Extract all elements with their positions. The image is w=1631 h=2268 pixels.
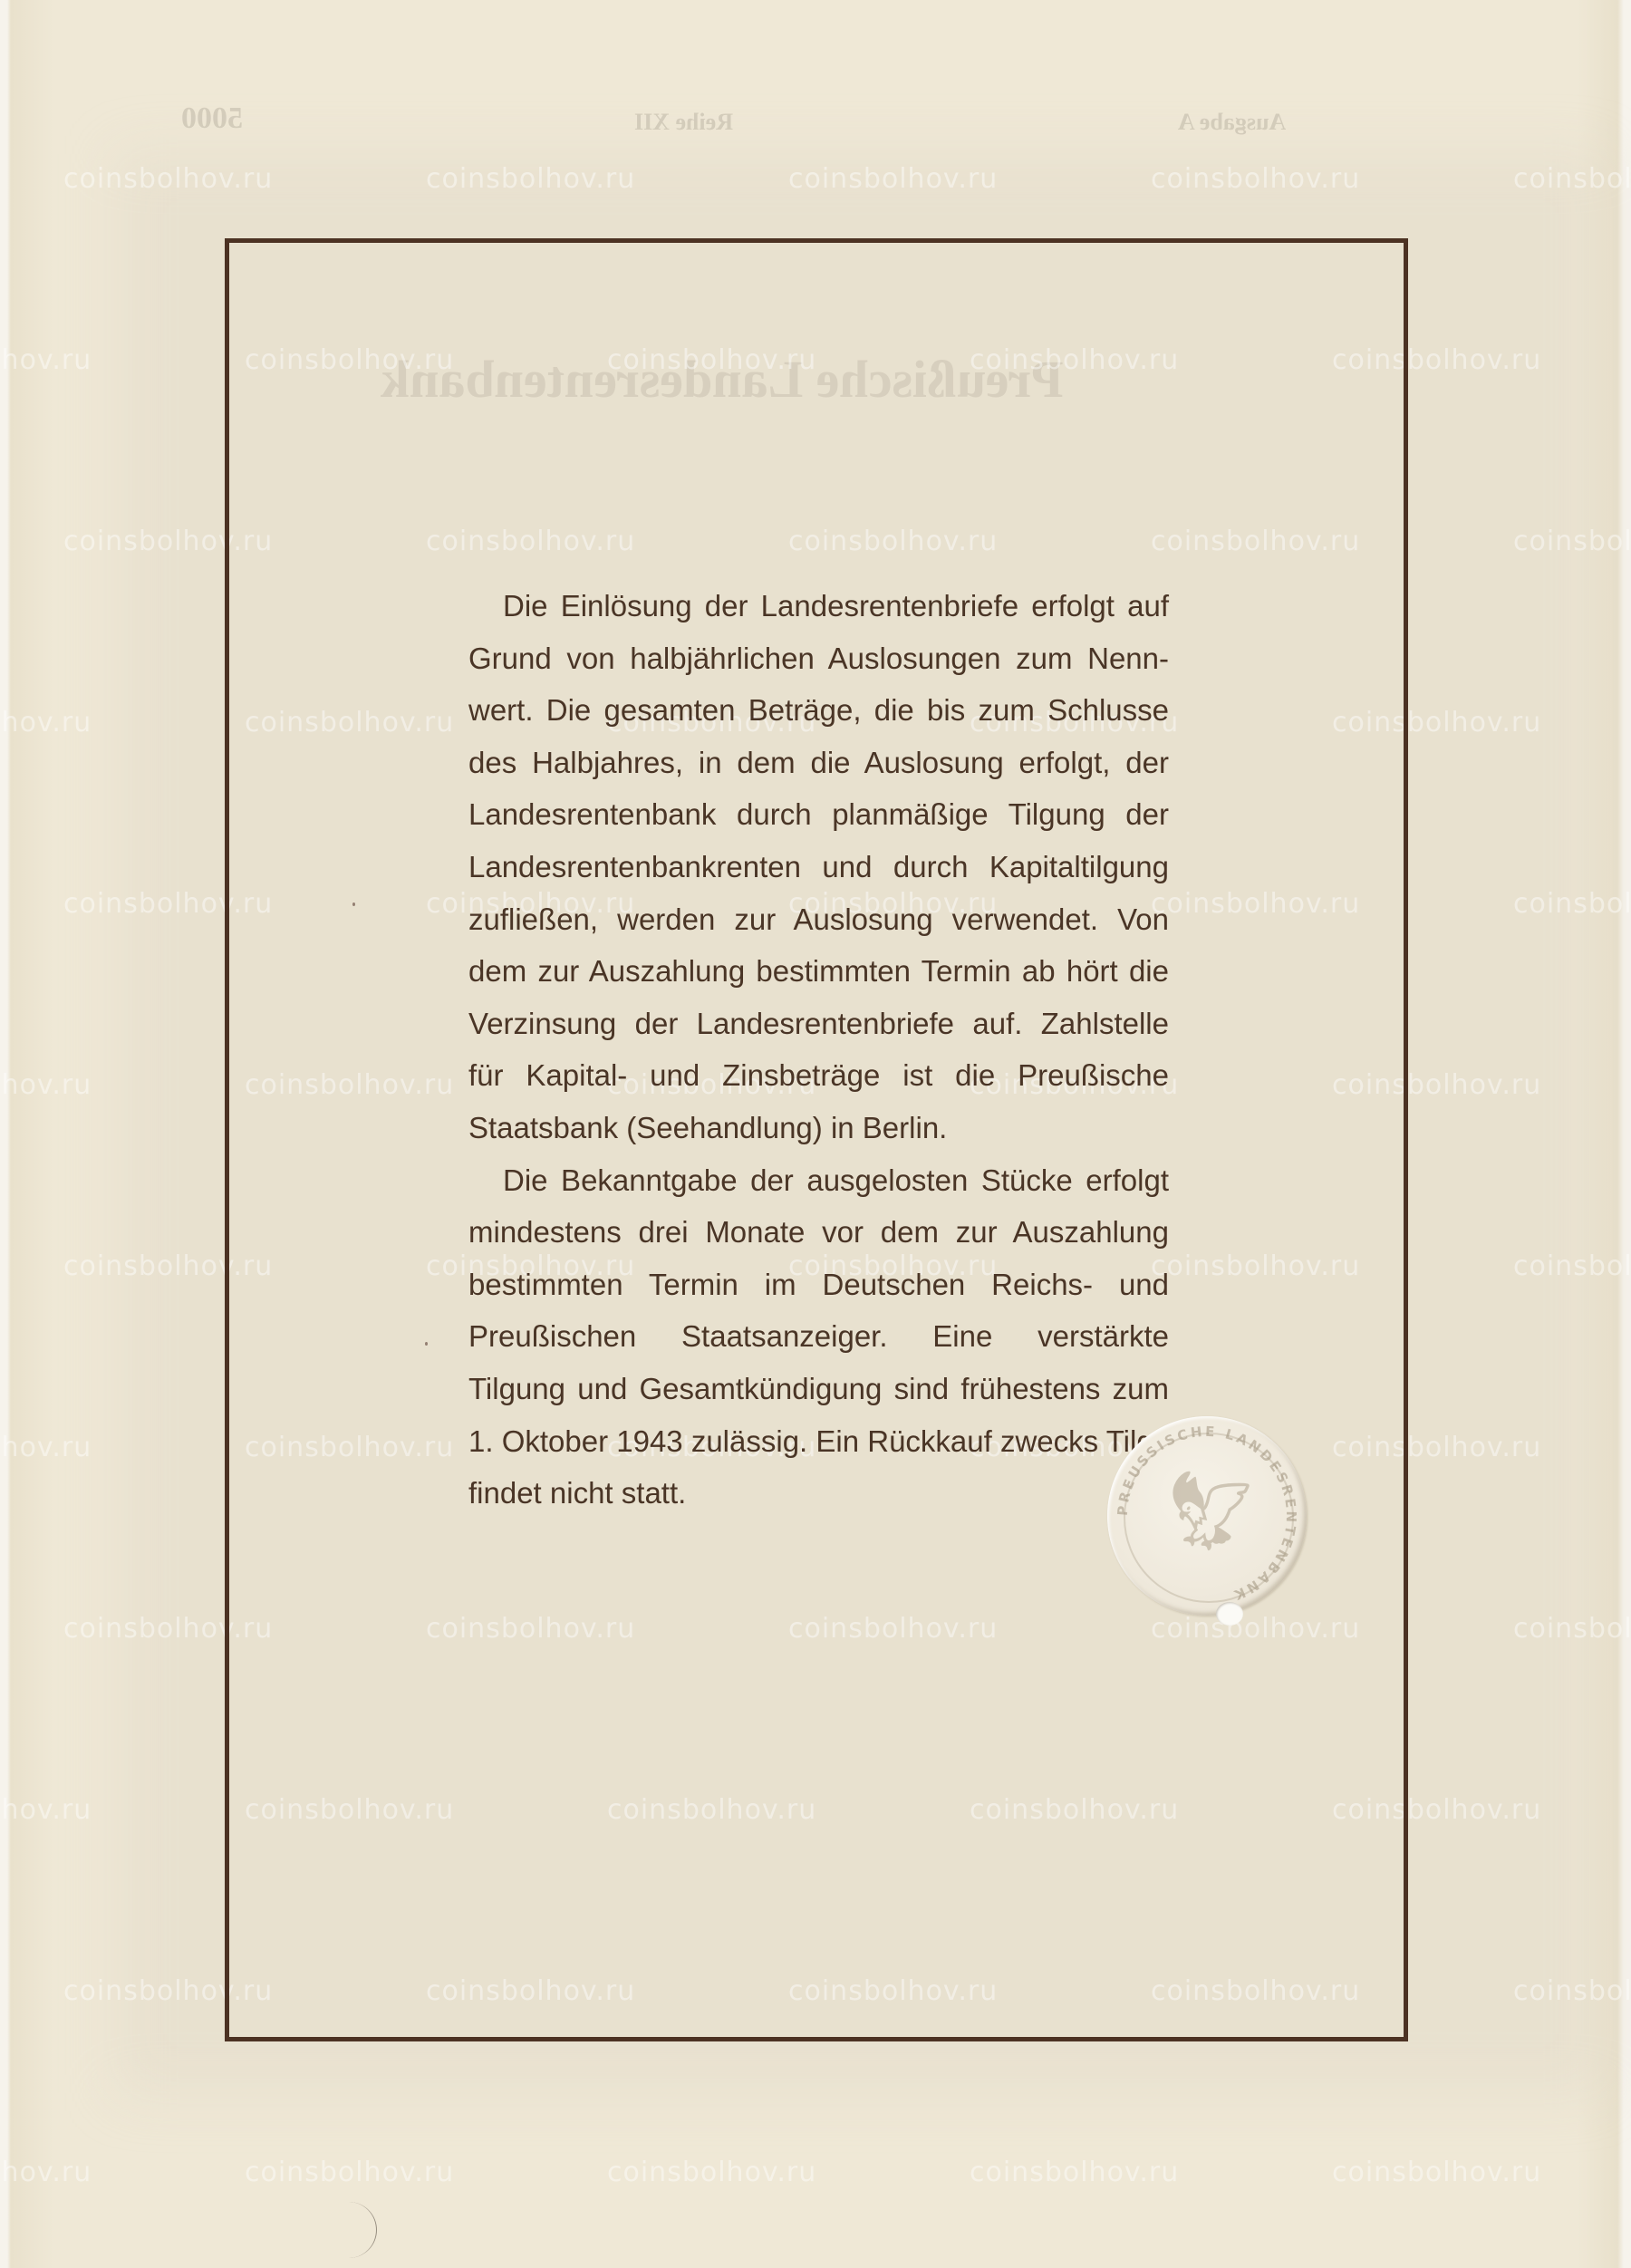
- watermark-text: coinsbolhov.ru: [0, 707, 92, 738]
- watermark-text: coinsbolhov.ru: [0, 344, 92, 376]
- text-line: Verzinsung der Landesrentenbriefe auf. Z…: [468, 998, 1169, 1050]
- bleed-through-issue: Ausgabe A: [1178, 109, 1286, 136]
- text-line: Tilgung und Gesamtkündigung sind frühest…: [468, 1363, 1169, 1415]
- watermark-text: coinsbolhov.ru: [0, 1432, 92, 1463]
- text-line: Preußischen Staatsanzeiger. Eine verstär…: [468, 1310, 1169, 1363]
- text-line: 1. Oktober 1943 zulässig. Ein Rückkauf z…: [468, 1415, 1169, 1468]
- watermark-text: coinsbolhov.ru: [1513, 1250, 1631, 1282]
- watermark-text: coinsbolhov.ru: [788, 163, 998, 195]
- watermark-text: coinsbolhov.ru: [1513, 1975, 1631, 2007]
- text-line: Landesrentenbankrenten und durch Kapital…: [468, 841, 1169, 893]
- watermark-text: coinsbolhov.ru: [1513, 163, 1631, 195]
- watermark-text: coinsbolhov.ru: [0, 1794, 92, 1826]
- watermark-text: coinsbolhov.ru: [63, 163, 273, 195]
- bleed-through-denomination: 5000: [181, 101, 243, 136]
- watermark-text: coinsbolhov.ru: [0, 2157, 92, 2188]
- text-line: Landesrentenbank durch planmäßige Tilgun…: [468, 788, 1169, 841]
- text-line: Die Bekanntgabe der ausgelosten Stücke e…: [468, 1154, 1169, 1207]
- punch-hole: [1216, 1602, 1243, 1626]
- text-line: zufließen, werden zur Auslosung verwende…: [468, 893, 1169, 946]
- speck: [352, 902, 355, 906]
- text-line: Die Einlösung der Landesrentenbriefe erf…: [468, 580, 1169, 632]
- bleed-through-series: Reihe XII: [634, 109, 733, 136]
- watermark-text: coinsbolhov.ru: [1513, 526, 1631, 557]
- svg-text:PREUSSISCHE LANDESRENTENBANK: PREUSSISCHE LANDESRENTENBANK: [1115, 1424, 1299, 1604]
- paragraph-1: Die Einlösung der Landesrentenbriefe erf…: [468, 580, 1169, 1154]
- watermark-text: coinsbolhov.ru: [970, 2157, 1179, 2188]
- watermark-text: coinsbolhov.ru: [1332, 2157, 1541, 2188]
- watermark-text: coinsbolhov.ru: [0, 1069, 92, 1101]
- watermark-text: coinsbolhov.ru: [426, 163, 635, 195]
- text-line: Grund von halbjährlichen Auslosungen zum…: [468, 632, 1169, 685]
- watermark-text: coinsbolhov.ru: [1151, 163, 1360, 195]
- embossed-seal: 🦅︎ PREUSSISCHE LANDESRENTENBANK: [1107, 1416, 1307, 1616]
- text-line: findet nicht statt.: [468, 1467, 1169, 1520]
- watermark-text: coinsbolhov.ru: [1513, 1613, 1631, 1645]
- paragraph-2: Die Bekanntgabe der ausgelosten Stücke e…: [468, 1154, 1169, 1520]
- seal-inscription: PREUSSISCHE LANDESRENTENBANK: [1107, 1416, 1307, 1616]
- text-line: dem zur Auszahlung bestimmten Termin ab …: [468, 945, 1169, 998]
- text-line: bestimmten Termin im Deutschen Reichs- u…: [468, 1259, 1169, 1311]
- text-line: für Kapital- und Zinsbeträge ist die Pre…: [468, 1049, 1169, 1102]
- watermark-text: coinsbolhov.ru: [245, 2157, 454, 2188]
- speck: [425, 1342, 428, 1346]
- text-line: des Halbjahres, in dem die Auslosung erf…: [468, 737, 1169, 789]
- watermark-text: coinsbolhov.ru: [607, 2157, 816, 2188]
- watermark-text: coinsbolhov.ru: [1513, 888, 1631, 920]
- text-line: mindestens drei Monate vor dem zur Ausza…: [468, 1206, 1169, 1259]
- terms-text: Die Einlösung der Landesrentenbriefe erf…: [468, 580, 1169, 1520]
- text-line: wert. Die gesamten Beträge, die bis zum …: [468, 684, 1169, 737]
- text-line: Staatsbank (Seehandlung) in Berlin.: [468, 1102, 1169, 1154]
